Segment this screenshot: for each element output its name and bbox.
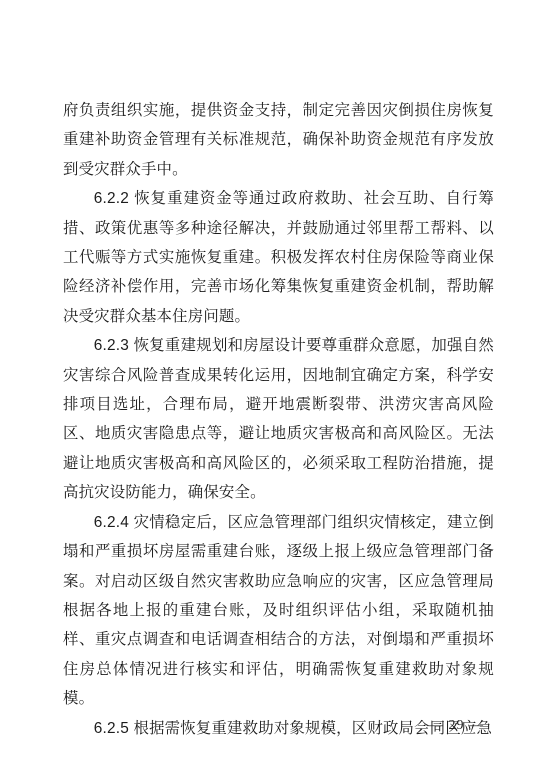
document-text-block: 府负责组织实施，提供资金支持，制定完善因灾倒损住房恢复重建补助资金管理有关标准规… bbox=[63, 96, 494, 743]
page-number: — 29 — bbox=[429, 717, 484, 735]
document-page: 府负责组织实施，提供资金支持，制定完善因灾倒损住房恢复重建补助资金管理有关标准规… bbox=[0, 0, 554, 784]
paragraph-6-2-4: 6.2.4 灾情稳定后，区应急管理部门组织灾情核定，建立倒塌和严重损坏房屋需重建… bbox=[63, 508, 494, 714]
paragraph-6-2-2: 6.2.2 恢复重建资金等通过政府救助、社会互助、自行筹措、政策优惠等多种途径解… bbox=[63, 184, 494, 331]
paragraph-continuation: 府负责组织实施，提供资金支持，制定完善因灾倒损住房恢复重建补助资金管理有关标准规… bbox=[63, 96, 494, 184]
paragraph-6-2-3: 6.2.3 恢复重建规划和房屋设计要尊重群众意愿，加强自然灾害综合风险普查成果转… bbox=[63, 331, 494, 507]
